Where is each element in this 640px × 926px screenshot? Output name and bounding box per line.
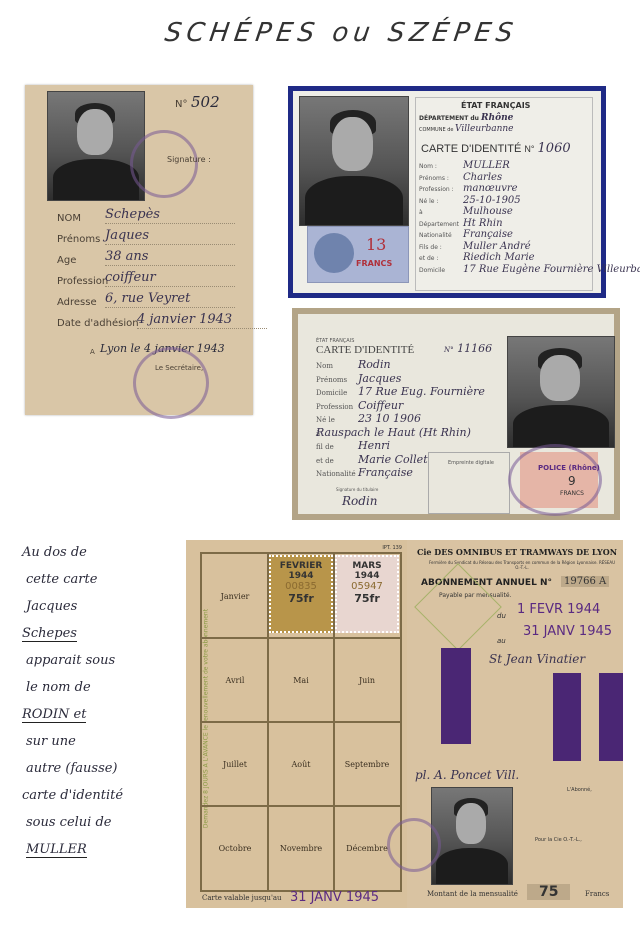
month-cell-janvier: Janvier: [201, 553, 269, 639]
field-value: Jaques: [105, 228, 149, 243]
field-label: Département: [419, 221, 459, 228]
field-label: NOM: [57, 213, 81, 224]
note-line: Jacques: [26, 599, 77, 614]
tax-value: 13: [366, 235, 386, 254]
field-value: 17 Rue Eug. Fournière: [358, 385, 485, 398]
note-line: sur une: [26, 734, 76, 749]
field-line: [105, 307, 235, 308]
valid-until-label: Carte valable jusqu'au: [202, 894, 282, 902]
month-label: Juillet: [223, 760, 247, 769]
field-label: Profession :: [419, 186, 454, 193]
field-value: coiffeur: [105, 270, 156, 285]
field-value: Muller André: [463, 241, 531, 252]
membership-card: N° 502 Signature : NOMSchepèsPrénomsJaqu…: [25, 85, 253, 415]
note-line: RODIN et: [22, 707, 86, 723]
valid-until-date: 31 JANV 1945: [290, 890, 379, 905]
card-number: 1060: [538, 141, 571, 156]
field-label: Prénoms :: [419, 175, 449, 182]
stamp-year: 1944: [337, 571, 397, 581]
field-value: Mulhouse: [463, 206, 513, 217]
field-label: Nationalité: [419, 232, 452, 239]
stamp-price: 75fr: [271, 592, 331, 605]
subscription-number: 19766 A: [561, 576, 609, 587]
field-line: [105, 286, 235, 287]
card-number: 502: [191, 93, 220, 111]
departement-value: Rhône: [481, 113, 513, 123]
route-to: pl. A. Poncet Vill.: [415, 768, 519, 782]
field-value: Française: [358, 466, 413, 479]
field-value: Française: [463, 229, 513, 240]
field-label: Né le :: [419, 198, 438, 205]
month-cell-août: Août: [267, 721, 335, 807]
field-label: Nom :: [419, 163, 437, 170]
field-value: Charles: [463, 172, 502, 183]
zone-two-marker-b: [599, 673, 623, 761]
photo-profile: [47, 91, 145, 201]
field-label: Nom: [316, 362, 333, 370]
page-title: SCHÉPES ou SZÉPES: [163, 18, 520, 48]
field-line: [105, 244, 235, 245]
month-cell-juillet: Juillet: [201, 721, 269, 807]
stamp-month: FEVRIER: [271, 561, 331, 571]
month-cell-avril: Avril: [201, 637, 269, 723]
stamp-serial: 00835: [271, 581, 331, 592]
field-value: Schepès: [105, 207, 160, 222]
field-label: à: [419, 209, 423, 216]
note-line: apparait sous: [26, 653, 115, 668]
signature-label: Signature :: [167, 155, 211, 164]
field-label: Domicile: [419, 267, 445, 274]
field-line: [105, 223, 235, 224]
field-value: Ht Rhin: [463, 218, 503, 229]
state-header: ÉTAT FRANÇAIS: [461, 101, 530, 110]
signature: Rodin: [342, 494, 378, 508]
id-card-muller: 13 FRANCS ÉTAT FRANÇAIS DÉPARTEMENT du R…: [288, 86, 606, 298]
photo-rodin: [507, 336, 615, 448]
zone-two-marker-a: [553, 673, 581, 761]
field-line: [105, 265, 235, 266]
ter-logo: [414, 563, 502, 651]
field-label: et de :: [419, 255, 438, 262]
transit-pass-months: IPT. 139 Demandez 8 JOURS A L'AVANCE le …: [186, 540, 410, 908]
month-stamp-mars: MARS19440594775fr: [335, 555, 399, 633]
field-value: 17 Rue Eugène Fournière Villeurbanne: [463, 264, 640, 275]
resistance-stamp: [133, 347, 209, 419]
field-value: Rodin: [358, 358, 391, 371]
id-card-rodin: ÉTAT FRANÇAIS CARTE D'IDENTITÉ N° 11166 …: [292, 308, 620, 520]
month-label: Janvier: [221, 592, 250, 601]
photo-subscriber: [431, 787, 513, 885]
note-line: Au dos de: [22, 545, 87, 560]
route-from: St Jean Vinatier: [489, 652, 585, 666]
company-stamp: [387, 818, 441, 872]
field-value: manœuvre: [463, 183, 518, 194]
note-line: cette carte: [26, 572, 97, 587]
monthly-amount: 75: [527, 884, 570, 900]
to-date: 31 JANV 1945: [523, 624, 612, 639]
note-line: carte d'identité: [22, 788, 123, 803]
field-value: Rauspach le Haut (Ht Rhin): [316, 426, 471, 439]
month-label: Décembre: [346, 844, 388, 853]
field-value: Jacques: [358, 372, 401, 385]
month-stamp-fevrier: FEVRIER19440083575fr: [269, 555, 333, 633]
union-stamp: [130, 130, 198, 198]
month-label: Avril: [226, 676, 245, 685]
number-label: N°: [175, 99, 187, 110]
marianne-icon: [314, 233, 354, 273]
secretary-label: Le Secrétaire,: [155, 364, 203, 372]
fingerprint-label: Empreinte digitale: [441, 460, 501, 466]
field-value: 38 ans: [105, 249, 148, 264]
form-code: IPT. 139: [382, 545, 402, 551]
field-value: 6, rue Veyret: [105, 291, 190, 306]
field-value: Coiffeur: [358, 399, 403, 412]
month-cell-juin: Juin: [333, 637, 401, 723]
field-label: Nationalité: [316, 470, 356, 478]
field-label: Né le: [316, 416, 335, 424]
field-label: et de: [316, 457, 334, 465]
field-label: Fils de :: [419, 244, 442, 251]
note-line: le nom de: [26, 680, 91, 695]
field-label: Adresse: [57, 297, 97, 308]
zone-one-marker: [441, 648, 471, 744]
field-value: 23 10 1906: [358, 412, 421, 425]
field-value: Riedich Marie: [463, 252, 535, 263]
stamp-serial: 05947: [337, 581, 397, 592]
tax-stamp: 13 FRANCS: [307, 226, 409, 283]
field-label: Domicile: [316, 389, 347, 397]
from-date: 1 FEVR 1944: [517, 602, 600, 617]
card-title: CARTE D'IDENTITÉ: [316, 344, 414, 356]
field-value: Henri: [358, 439, 390, 452]
photo-muller: [299, 96, 409, 226]
note-line: sous celui de: [26, 815, 111, 830]
field-label: Profession: [57, 276, 108, 287]
note-line: Schepes: [22, 626, 77, 642]
month-label: Novembre: [280, 844, 322, 853]
field-value: Marie Collet: [358, 453, 428, 466]
company-name: Cie DES OMNIBUS ET TRAMWAYS DE LYON: [417, 547, 617, 557]
field-label: fil de: [316, 443, 334, 451]
month-label: Juin: [359, 676, 375, 685]
field-label: Profession: [316, 403, 353, 411]
field-value: 4 janvier 1943: [137, 312, 232, 327]
stamp-month: MARS: [337, 561, 397, 571]
field-value: MULLER: [463, 160, 510, 171]
commune-value: Villeurbanne: [455, 124, 513, 134]
month-cell-octobre: Octobre: [201, 805, 269, 891]
field-value: 25-10-1905: [463, 195, 521, 206]
stamp-year: 1944: [271, 571, 331, 581]
stamp-price: 75fr: [337, 592, 397, 605]
month-label: Octobre: [219, 844, 252, 853]
field-label: Prénoms: [57, 234, 100, 245]
field-line: [137, 328, 267, 329]
field-label: Age: [57, 255, 76, 266]
month-cell-septembre: Septembre: [333, 721, 401, 807]
tax-unit: FRANCS: [356, 259, 392, 268]
month-label: Mai: [293, 676, 309, 685]
month-cell-novembre: Novembre: [267, 805, 335, 891]
month-label: Août: [292, 760, 311, 769]
card-number: 11166: [457, 342, 492, 355]
card-title: CARTE D'IDENTITÉ: [421, 143, 521, 155]
police-stamp: [508, 444, 602, 516]
field-label: Prénoms: [316, 376, 347, 384]
note-line: autre (fausse): [26, 761, 118, 776]
field-label: Date d'adhésion: [57, 318, 139, 329]
month-label: Septembre: [345, 760, 390, 769]
note-line: MULLER: [26, 842, 87, 858]
transit-pass-details: Cie DES OMNIBUS ET TRAMWAYS DE LYON Ferm…: [407, 540, 623, 908]
month-cell-mai: Mai: [267, 637, 335, 723]
place-prefix: A: [90, 348, 95, 356]
